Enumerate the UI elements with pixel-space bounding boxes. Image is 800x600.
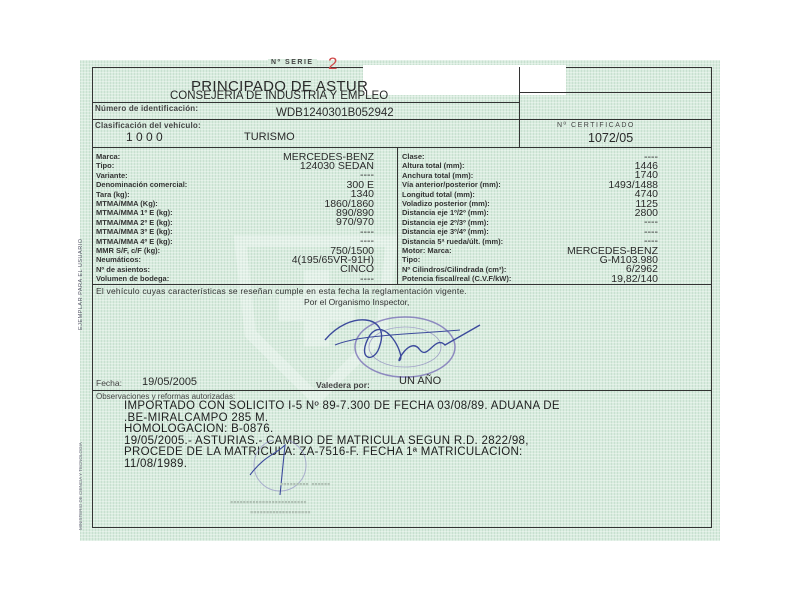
valid-value: UN AÑO [399,375,441,387]
observation-line: PROCEDE DE LA MATRICULA: ZA-7516-F. FECH… [124,447,523,458]
specs-divider [397,147,398,284]
observation-line: HOMOLOGACION: B-0876. [124,424,273,435]
compliance-statement: El vehículo cuyas características se res… [96,286,467,296]
header-divider [519,67,520,147]
valid-label: Valedera por: [316,380,370,390]
spec-row: Potencia fiscal/real (C.V.F/kW):19,82/14… [402,273,658,284]
faded-print-2: ▪▪▪▪▪▪▪▪▪▪▪▪▪▪▪▪▪▪▪▪▪▪▪▪ [230,497,307,507]
faded-print-3: ▪▪▪▪▪▪▪▪▪▪▪▪▪▪▪▪▪▪▪ [250,507,311,517]
redaction-box [363,65,566,95]
spec-value: ---- [360,273,374,285]
observations-top-line [92,390,712,391]
side-copy-label: EJEMPLAR PARA EL USUARIO [78,239,84,330]
spec-label: Volumen de bodega: [96,274,169,283]
id-value: WDB1240301B052942 [276,107,394,119]
spec-value: 19,82/140 [611,273,658,285]
classification-label: Clasificación del vehículo: [95,121,201,130]
observation-line: 11/08/1989. [124,459,187,470]
classification-code: 1 0 0 0 [126,130,163,144]
date-label: Fecha: [96,378,122,388]
observation-line: 19/05/2005.- ASTURIAS.- CAMBIO DE MATRIC… [124,436,529,447]
official-stamp-signature [310,305,490,385]
side-ministry-label: MINISTERIO DE CIENCIA Y TECNOLOGIA [78,442,83,530]
vehicle-technical-card: ⛨ EJEMPLAR PARA EL USUARIO MINISTERIO DE… [80,60,720,541]
observation-line: IMPORTADO CON SOLICITO I-5 Nº 89-7.300 D… [124,401,560,412]
serial-number: 2 [328,54,337,74]
observation-line: .BE-MIRALCAMPO 285 M. [124,413,268,424]
header-line-1 [92,102,519,103]
spec-label: Potencia fiscal/real (C.V.F/kW): [402,274,511,283]
date-value: 19/05/2005 [142,376,197,388]
spec-row: Volumen de bodega:---- [96,273,374,284]
secondary-stamp [240,440,320,500]
faded-print-1: ▪▪▪▪▪▪▪▪▪ ▪▪▪▪▪▪ [280,479,330,489]
certificate-value: 1072/05 [588,131,633,145]
header-line-4 [92,147,712,148]
department-title: CONSEJERIA DE INDUSTRIA Y EMPLEO [170,90,388,102]
certificate-label: Nº CERTIFICADO [557,122,635,129]
id-label: Número de identificación: [95,104,198,113]
serial-label: Nº SERIE [268,59,317,66]
classification-type: TURISMO [244,131,295,143]
header-line-2 [519,92,712,93]
header-line-3 [92,119,712,120]
